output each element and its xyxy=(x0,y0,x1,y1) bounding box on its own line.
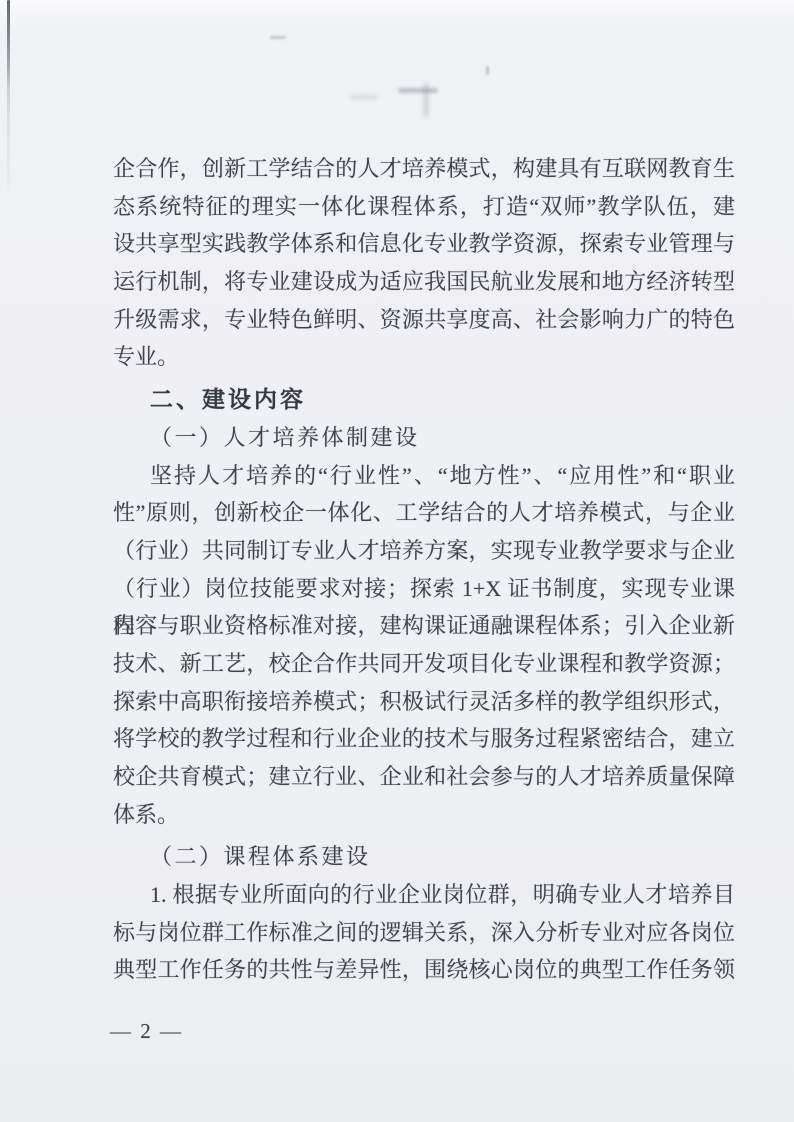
document-line: 体系。 xyxy=(113,796,735,834)
document-line: 设共享型实践教学体系和信息化专业教学资源，探索专业管理与 xyxy=(113,225,735,263)
document-line: 探索中高职衔接培养模式；积极试行灵活多样的教学组织形式， xyxy=(113,683,735,721)
document-line: 态系统特征的理实一体化课程体系，打造“双师”教学队伍，建 xyxy=(113,188,735,226)
document-line: 将学校的教学过程和行业企业的技术与服务过程紧密结合，建立 xyxy=(113,720,735,758)
document-line: 坚持人才培养的“行业性”、“地方性”、“应用性”和“职业 xyxy=(113,457,735,495)
scan-smudge xyxy=(424,83,428,117)
document-body: 企合作，创新工学结合的人才培养模式，构建具有互联网教育生 态系统特征的理实一体化… xyxy=(113,150,735,989)
document-line: 校企共育模式；建立行业、企业和社会参与的人才培养质量保障 xyxy=(113,758,735,796)
document-line: 典型工作任务的共性与差异性，围绕核心岗位的典型工作任务领 xyxy=(113,951,735,989)
document-line: 标与岗位群工作标准之间的逻辑关系，深入分析专业对应各岗位 xyxy=(113,914,735,952)
scan-smudge xyxy=(486,66,489,75)
page-number: — 2 — xyxy=(110,1019,183,1044)
document-line: 性”原则，创新校企一体化、工学结合的人才培养模式，与企业 xyxy=(113,494,735,532)
document-line: 技术、新工艺，校企合作共同开发项目化专业课程和教学资源； xyxy=(113,645,735,683)
scan-smudge xyxy=(350,95,378,99)
document-line: （行业）共同制订专业人才培养方案，实现专业教学要求与企业 xyxy=(113,532,735,570)
section-heading: 二、建设内容 xyxy=(113,381,735,419)
document-line: 企合作，创新工学结合的人才培养模式，构建具有互联网教育生 xyxy=(113,150,735,188)
scan-smudge xyxy=(270,36,286,39)
document-line: 运行机制，将专业建设成为适应我国民航业发展和地方经济转型 xyxy=(113,263,735,301)
document-line: 内容与职业资格标准对接，建构课证通融课程体系；引入企业新 xyxy=(113,607,735,645)
document-line: 1. 根据专业所面向的行业企业岗位群，明确专业人才培养目 xyxy=(113,876,735,914)
scan-edge-artifact xyxy=(7,0,10,200)
document-line: 升级需求，专业特色鲜明、资源共享度高、社会影响力广的特色 xyxy=(113,301,735,339)
document-line: （行业）岗位技能要求对接；探索 1+X 证书制度，实现专业课程 xyxy=(113,570,735,608)
subsection-heading: （二）课程体系建设 xyxy=(113,838,735,876)
scan-smudge xyxy=(398,88,438,93)
document-line: 专业。 xyxy=(113,338,735,376)
scanned-page: 企合作，创新工学结合的人才培养模式，构建具有互联网教育生 态系统特征的理实一体化… xyxy=(0,0,794,1122)
subsection-heading: （一）人才培养体制建设 xyxy=(113,419,735,457)
